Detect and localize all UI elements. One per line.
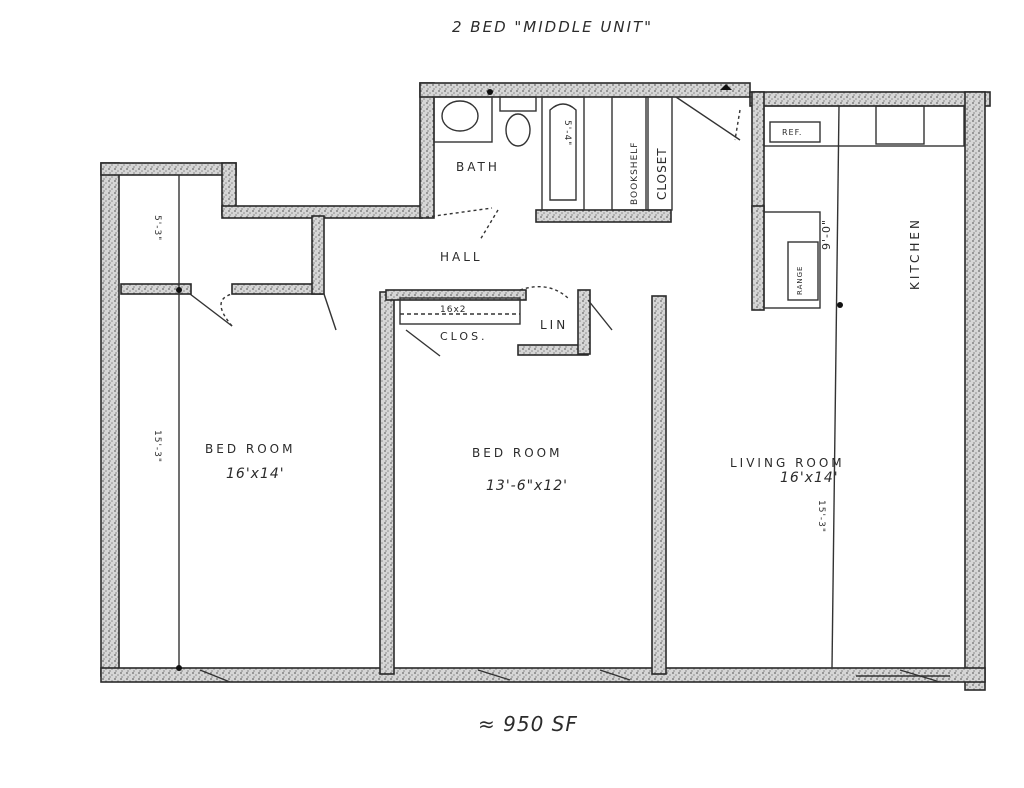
bedroom1-size: 16'x14': [226, 466, 285, 482]
bed1-top-dim: 5'-3": [152, 215, 162, 241]
hall-label: HALL: [440, 250, 483, 264]
living-side-dim: 15'-3": [816, 500, 826, 533]
bedroom2-size: 13'-6"x12': [486, 478, 568, 494]
living-room-size: 16'x14': [780, 470, 839, 486]
floor-plan-drawing: [0, 0, 1024, 788]
dim-line-living: [832, 106, 839, 668]
range-label: RANGE: [796, 266, 804, 295]
kitchen-dim: 9'-0": [820, 219, 833, 250]
total-area: ≈ 950 SF: [478, 712, 578, 736]
bookshelf-label: BOOKSHELF: [630, 142, 640, 205]
living-room-name: LIVING ROOM: [730, 456, 845, 470]
bed1-side-dim: 15'-3": [152, 430, 162, 463]
tub-dim-label: 5'-4": [562, 120, 572, 146]
refrigerator-label: REF.: [782, 128, 802, 137]
linen-label: LIN: [540, 318, 568, 332]
bedroom2-name: BED ROOM: [472, 446, 562, 460]
closet-size-label: 16x2: [440, 305, 467, 315]
kitchen-label: KITCHEN: [908, 217, 922, 290]
wall-left: [101, 163, 119, 676]
bedroom1-name: BED ROOM: [205, 442, 295, 456]
closet-label: CLOSET: [655, 147, 669, 200]
bath-label: BATH: [456, 160, 500, 174]
clos-label: CLOS.: [440, 330, 488, 343]
